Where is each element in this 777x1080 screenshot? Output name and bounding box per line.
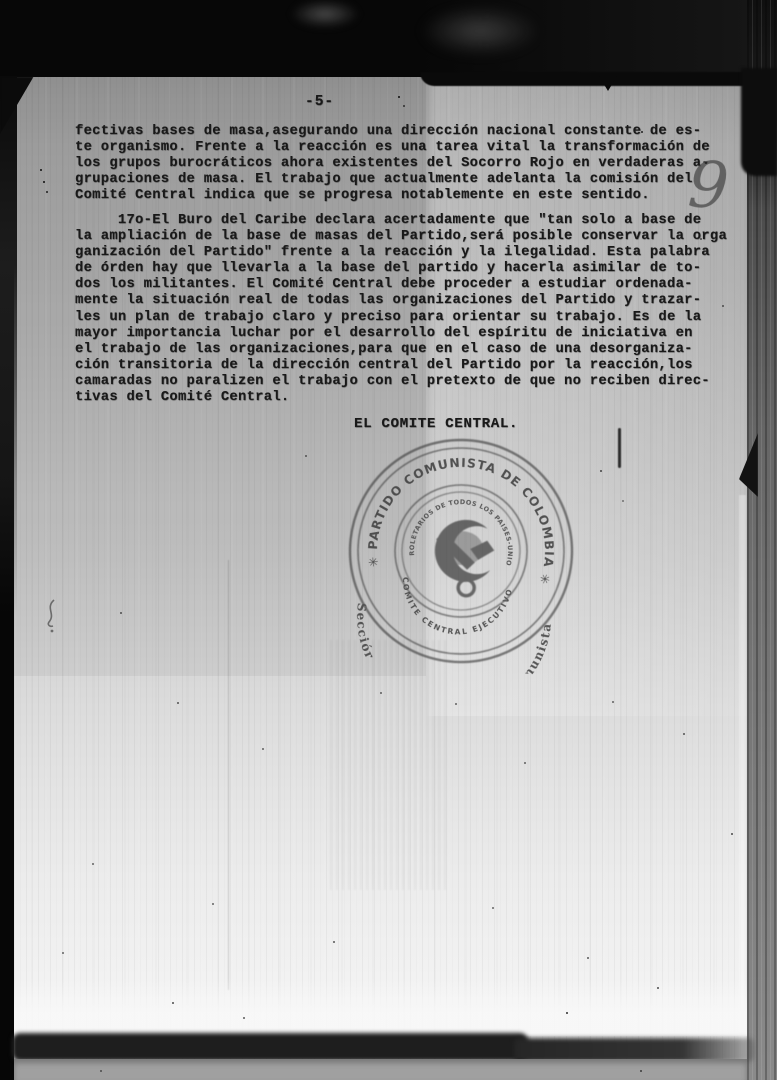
official-stamp: ✳ PARTIDO COMUNISTA DE COLOMBIA ✳ Secció… [335,425,588,678]
paragraph-1: fectivas bases de masa,asegurando una di… [75,124,710,204]
text-line: Comité Central indica que se progresa no… [75,188,710,204]
text-line: ción transitoria de la dirección central… [75,358,727,374]
text-line: grupaciones de masa. El trabajo que actu… [75,172,710,188]
paper-crease [228,560,229,990]
text-line: dos los militantes. El Comité Central de… [75,277,727,293]
scan-border-tongue [420,72,752,86]
scan-smudge [290,0,360,28]
text-line: de órden hay que llevarla a la base del … [75,261,727,277]
scan-bottom-strip [14,1059,747,1080]
text-line: 17o-El Buro del Caribe declara acertadam… [75,213,727,229]
page-number: -5- [305,94,334,110]
text-line: la ampliación de la base de masas del Pa… [75,229,727,245]
text-line: camaradas no paralizen el trabajo con el… [75,374,727,390]
pen-squiggle-mark [40,596,64,644]
scan-border-left [0,76,17,616]
text-line: los grupos burocráticos ahora existentes… [75,156,710,172]
text-line: mayor importancia luchar por el desarrol… [75,326,727,342]
scan-smudge [420,6,540,56]
hammer-and-sickle-icon [430,517,497,598]
scan-corner-top-right [741,68,777,176]
text-line: ganización del Partido" frente a la reac… [75,245,727,261]
paragraph-2: 17o-El Buro del Caribe declara acertadam… [75,213,727,406]
scan-shadow-band-bottom-left [12,1033,528,1061]
handwritten-digit: 9 [686,153,730,219]
stamp-graphic: ✳ PARTIDO COMUNISTA DE COLOMBIA ✳ Secció… [335,425,588,678]
text-line: mente la situación real de todas las org… [75,293,727,309]
text-line: el trabajo de las organizaciones,para qu… [75,342,727,358]
text-line: les un plan de trabajo claro y preciso p… [75,310,727,326]
ink-streak-mark [618,428,621,468]
text-line: te organismo. Frente a la reacción es un… [75,140,710,156]
scan-noise-specks [0,0,2,2]
scanned-document-page: -5- fectivas bases de masa,asegurando un… [0,0,777,1080]
text-line: fectivas bases de masa,asegurando una di… [75,124,710,140]
paper-bottom-light-band [14,978,747,1036]
text-line: tivas del Comité Central. [75,390,727,406]
scan-streak-column [330,640,450,890]
